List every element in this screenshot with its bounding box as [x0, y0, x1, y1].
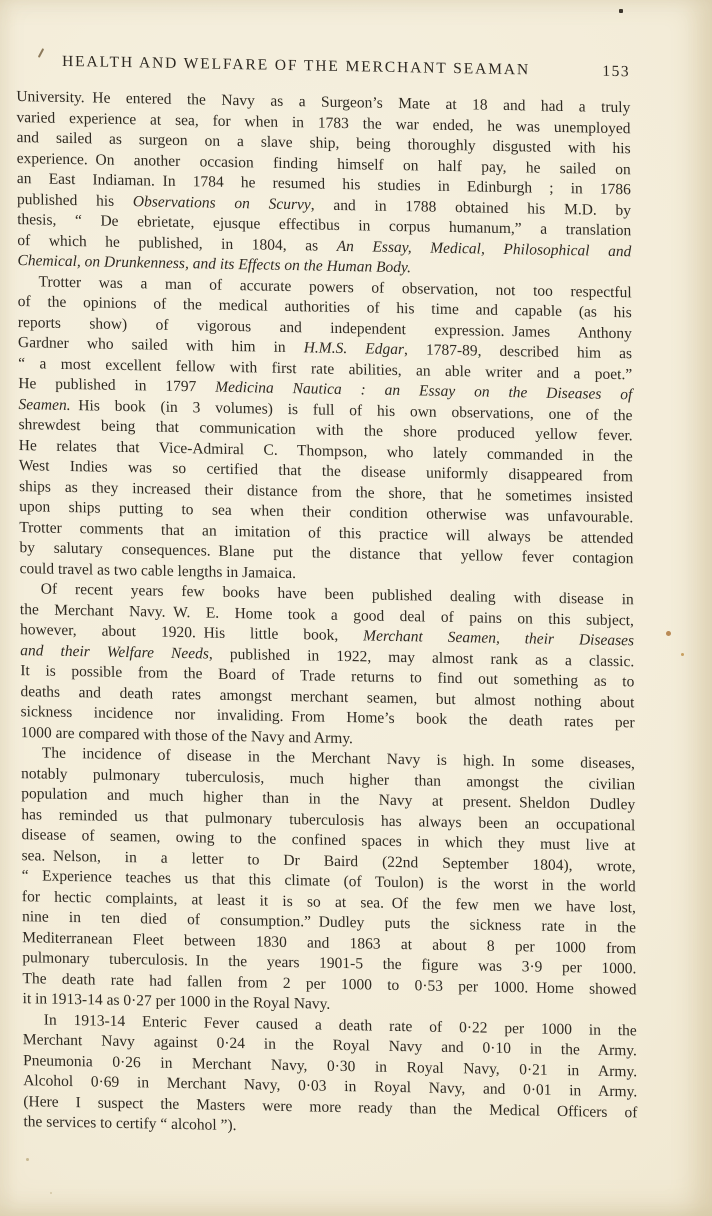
faint-speck-bottom-1 — [26, 1158, 29, 1161]
text-segment: it in 1913-14 as 0·27 per 1000 in the Ro… — [23, 990, 331, 1013]
italic-text-segment: An Essay, Medical, Philosophical and — [337, 237, 632, 259]
italic-text-segment: Observations on Scurvy — [133, 193, 311, 213]
running-header: HEALTH AND WELFARE OF THE MERCHANT SEAMA… — [16, 52, 630, 81]
faint-speck-bottom-2 — [50, 1192, 52, 1194]
italic-text-segment: Seamen. — [18, 396, 70, 414]
text-segment: , 1787-89, described him as — [404, 341, 632, 362]
book-page: HEALTH AND WELFARE OF THE MERCHANT SEAMA… — [0, 0, 712, 1216]
italic-text-segment: H.M.S. Edgar — [304, 339, 404, 358]
page-number: 153 — [602, 63, 630, 82]
ink-dot-top-right — [619, 9, 623, 13]
running-header-title: HEALTH AND WELFARE OF THE MERCHANT SEAMA… — [62, 53, 530, 80]
italic-text-segment: and their Welfare Needs — [20, 642, 209, 662]
text-segment: could travel as two cable lengths in Jam… — [20, 560, 296, 582]
italic-text-segment: Merchant Seamen, their Diseases — [363, 627, 634, 649]
text-segment: He published in 1797 — [18, 375, 215, 396]
page-content: HEALTH AND WELFARE OF THE MERCHANT SEAMA… — [16, 52, 638, 1144]
text-segment: the services to certify “ alcohol ”). — [23, 1113, 236, 1134]
page-body: University. He entered the Navy as a Sur… — [16, 87, 637, 1144]
text-segment: published his — [17, 191, 133, 210]
text-segment: however, about 1920. His little book, — [20, 621, 363, 644]
foxing-speck-right-1 — [666, 631, 671, 636]
foxing-speck-right-2 — [681, 653, 684, 656]
text-segment: Gardner who sailed with him in — [18, 334, 304, 356]
